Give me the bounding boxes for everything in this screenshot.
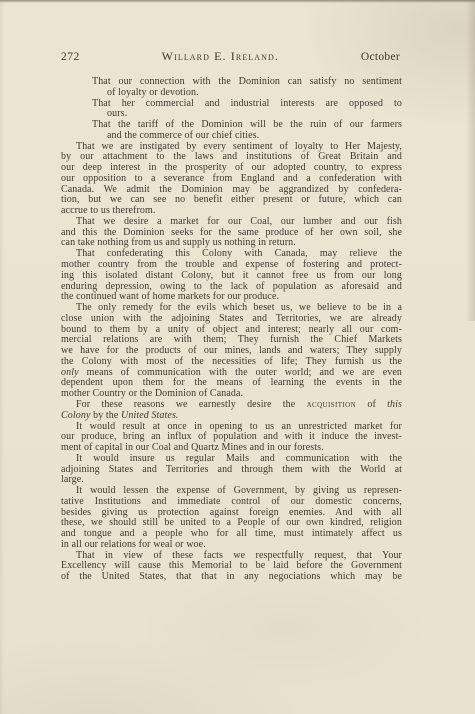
scan-edge-top <box>0 0 475 3</box>
text-line: adjoining States and Territories and thr… <box>61 465 402 476</box>
page-number: 272 <box>61 51 80 63</box>
scan-shadow-right <box>466 0 475 321</box>
scan-shadow-left <box>0 0 4 714</box>
body-text: That our connection with the Dominion ca… <box>61 77 402 583</box>
text-line: of the United States, that that in any n… <box>61 572 402 583</box>
running-date: October <box>361 51 400 63</box>
running-title: Willard E. Ireland. <box>162 49 279 64</box>
running-header: 272 Willard E. Ireland. October <box>61 49 400 64</box>
scanned-book-page: 272 Willard E. Ireland. October That our… <box>0 0 475 714</box>
